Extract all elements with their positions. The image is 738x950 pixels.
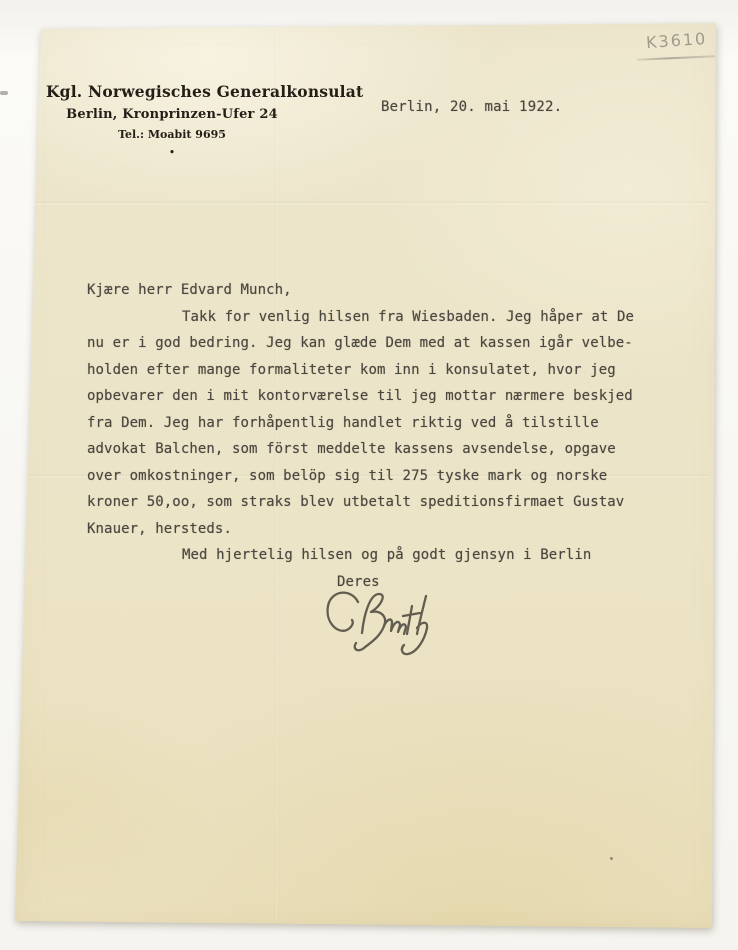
archival-code-underline [637, 55, 715, 60]
signature-strokes [318, 586, 468, 666]
letter-paper: K3610 Kgl. Norwegisches Generalkonsulat … [0, 0, 738, 950]
letter-line-closing: Med hjertelig hilsen og på godt gjensyn … [87, 542, 672, 569]
letter-line: Takk for venlig hilsen fra Wiesbaden. Je… [87, 304, 672, 331]
letterhead-telephone: Tel.: Moabit 9695 [46, 128, 298, 141]
letter-line: Knauer, hersteds. [87, 516, 672, 543]
paper-wrapper: K3610 Kgl. Norwegisches Generalkonsulat … [0, 0, 738, 950]
letter-line: holden efter mange formaliteter kom inn … [87, 357, 672, 384]
handwritten-signature: C Smith [318, 586, 468, 666]
letter-line: fra Dem. Jeg har forhåpentlig handlet ri… [87, 410, 672, 437]
paper-speck [610, 857, 613, 860]
letter-line: opbevarer den i mit kontorværelse til je… [87, 383, 672, 410]
letterhead-address: Berlin, Kronprinzen-Ufer 24 [46, 107, 298, 122]
letter-line: advokat Balchen, som först meddelte kass… [87, 436, 672, 463]
letterhead-organization: Kgl. Norwegisches Generalkonsulat [46, 82, 298, 101]
letter-body: Kjære herr Edvard Munch, Takk for venlig… [87, 277, 672, 595]
archival-code: K3610 [645, 29, 707, 52]
letter-line-salutation: Kjære herr Edvard Munch, [87, 277, 672, 304]
fold-crease-top [30, 201, 708, 205]
letter-line: over omkostninger, som belöp sig til 275… [87, 463, 672, 490]
letter-line: kroner 50,oo, som straks blev utbetalt s… [87, 489, 672, 516]
letterhead-ornament: • [46, 148, 298, 158]
archival-code-text: K3610 [645, 29, 707, 52]
dateline: Berlin, 20. mai 1922. [381, 99, 562, 115]
scan-background: K3610 Kgl. Norwegisches Generalkonsulat … [0, 0, 738, 950]
letterhead: Kgl. Norwegisches Generalkonsulat Berlin… [46, 82, 298, 158]
letter-line: nu er i god bedring. Jeg kan glæde Dem m… [87, 330, 672, 357]
